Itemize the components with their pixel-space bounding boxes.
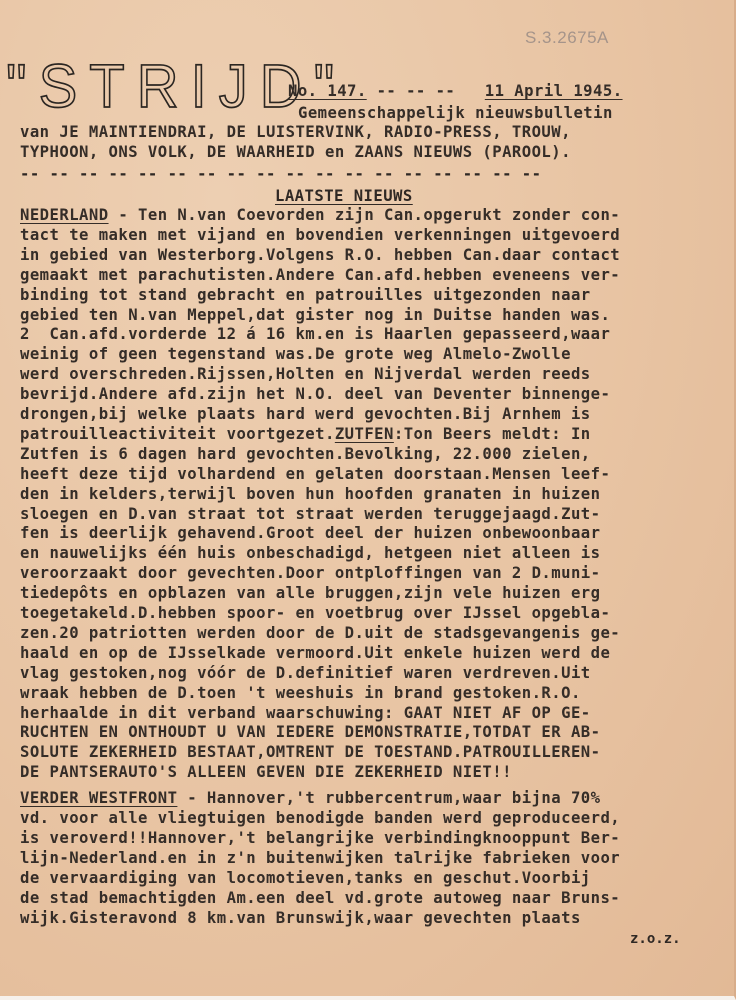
body-text: heeft deze tijd volhardend en gelaten do… — [20, 465, 610, 483]
body-text: zen.20 patriotten werden door de D.uit d… — [20, 624, 620, 642]
body-line: de stad bemachtigden Am.een deel vd.grot… — [20, 891, 620, 907]
body-line: sloegen en D.van straat tot straat werde… — [20, 507, 600, 523]
body-text: sloegen en D.van straat tot straat werde… — [20, 505, 600, 523]
turn-over-note: z.o.z. — [630, 931, 681, 947]
body-line: Zutfen is 6 dagen hard gevochten.Bevolki… — [20, 447, 591, 463]
issue-date: 11 April 1945. — [485, 82, 623, 100]
body-text: Zutfen is 6 dagen hard gevochten.Bevolki… — [20, 445, 591, 463]
body-line: herhaalde in dit verband waarschuwing: G… — [20, 706, 591, 722]
body-line: bevrijd.Andere afd.zijn het N.O. deel va… — [20, 387, 610, 403]
body-text: gemaakt met parachutisten.Andere Can.afd… — [20, 266, 620, 284]
body-line: de vervaardiging van locomotieven,tanks … — [20, 871, 591, 887]
body-text: den in kelders,terwijl boven hun hoofden… — [20, 485, 600, 503]
body-line: tiedepôts en opblazen van alle bruggen,z… — [20, 586, 600, 602]
body-text: fen is deerlijk gehavend.Groot deel der … — [20, 524, 600, 542]
body-line: en nauwelijks één huis onbeschadigd, het… — [20, 546, 600, 562]
body-text: patrouilleactiviteit voortgezet. — [20, 425, 335, 443]
issue-line: No. 147. -- -- -- 11 April 1945. — [288, 84, 623, 100]
body-text: is veroverd!!Hannover,'t belangrijke ver… — [20, 829, 620, 847]
body-text: DE PANTSERAUTO'S ALLEEN GEVEN DIE ZEKERH… — [20, 763, 512, 781]
body-text: herhaalde in dit verband waarschuwing: G… — [20, 704, 591, 722]
body-text: 2 Can.afd.vorderde 12 á 16 km.en is Haar… — [20, 325, 610, 343]
body-line: 2 Can.afd.vorderde 12 á 16 km.en is Haar… — [20, 327, 610, 343]
body-line: heeft deze tijd volhardend en gelaten do… — [20, 467, 610, 483]
body-text: in gebied van Westerborg.Volgens R.O. he… — [20, 246, 620, 264]
body-text: gebied ten N.van Meppel,dat gister nog i… — [20, 306, 610, 324]
body-text: bevrijd.Andere afd.zijn het N.O. deel va… — [20, 385, 610, 403]
body-text: - Ten N.van Coevorden zijn Can.opgerukt … — [109, 206, 621, 224]
body-line: den in kelders,terwijl boven hun hoofden… — [20, 487, 600, 503]
section-heading: NEDERLAND — [20, 206, 109, 224]
archive-mark: S.3.2675A — [525, 28, 609, 48]
body-text: de vervaardiging van locomotieven,tanks … — [20, 869, 591, 887]
body-line: gemaakt met parachutisten.Andere Can.afd… — [20, 268, 620, 284]
issue-number: No. 147. — [288, 82, 367, 100]
section-heading: ZUTFEN — [335, 425, 394, 443]
body-line: binding tot stand gebracht en patrouille… — [20, 288, 591, 304]
body-text: en nauwelijks één huis onbeschadigd, het… — [20, 544, 600, 562]
body-text: - Hannover,'t rubbercentrum,waar bijna 7… — [177, 789, 600, 807]
body-line: toegetakeld.D.hebben spoor- en voetbrug … — [20, 606, 610, 622]
body-text: tact te maken met vijand en bovendien ve… — [20, 226, 620, 244]
body-line: fen is deerlijk gehavend.Groot deel der … — [20, 526, 600, 542]
body-text: haald en op de IJsselkade vermoord.Uit e… — [20, 644, 610, 662]
body-line: vlag gestoken,nog vóór de D.definitief w… — [20, 666, 591, 682]
body-line: tact te maken met vijand en bovendien ve… — [20, 228, 620, 244]
body-text: wijk.Gisteravond 8 km.van Brunswijk,waar… — [20, 909, 581, 927]
body-line: lijn-Nederland.en in z'n buitenwijken ta… — [20, 851, 620, 867]
body-text: vd. voor alle vliegtuigen benodigde band… — [20, 809, 620, 827]
section-title: LAATSTE NIEUWS — [275, 187, 413, 205]
document-page: S.3.2675A "STRIJD" No. 147. -- -- -- 11 … — [0, 0, 736, 1000]
subtitle-line-2: van JE MAINTIENDRAI, DE LUISTERVINK, RAD… — [20, 125, 571, 141]
body-line: patrouilleactiviteit voortgezet.ZUTFEN:T… — [20, 427, 591, 443]
body-line: RUCHTEN EN ONTHOUDT U VAN IEDERE DEMONST… — [20, 725, 600, 741]
body-text: binding tot stand gebracht en patrouille… — [20, 286, 591, 304]
body-text: SOLUTE ZEKERHEID BESTAAT,OMTRENT DE TOES… — [20, 743, 600, 761]
body-line: VERDER WESTFRONT - Hannover,'t rubbercen… — [20, 791, 600, 807]
body-line: werd overschreden.Rijssen,Holten en Nijv… — [20, 367, 591, 383]
body-line: vd. voor alle vliegtuigen benodigde band… — [20, 811, 620, 827]
body-line: weinig of geen tegenstand was.De grote w… — [20, 347, 571, 363]
body-line: wijk.Gisteravond 8 km.van Brunswijk,waar… — [20, 911, 581, 927]
body-text: toegetakeld.D.hebben spoor- en voetbrug … — [20, 604, 610, 622]
body-line: DE PANTSERAUTO'S ALLEEN GEVEN DIE ZEKERH… — [20, 765, 512, 781]
subtitle-line-3: TYPHOON, ONS VOLK, DE WAARHEID en ZAANS … — [20, 145, 571, 161]
body-line: veroorzaakt door gevechten.Door ontploff… — [20, 566, 600, 582]
body-text: de stad bemachtigden Am.een deel vd.grot… — [20, 889, 620, 907]
body-line: haald en op de IJsselkade vermoord.Uit e… — [20, 646, 610, 662]
body-line: in gebied van Westerborg.Volgens R.O. he… — [20, 248, 620, 264]
body-text: vlag gestoken,nog vóór de D.definitief w… — [20, 664, 591, 682]
body-line: gebied ten N.van Meppel,dat gister nog i… — [20, 308, 610, 324]
body-line: drongen,bij welke plaats hard werd gevoc… — [20, 407, 591, 423]
issue-dashes: -- -- -- — [377, 82, 456, 100]
body-text: werd overschreden.Rijssen,Holten en Nijv… — [20, 365, 591, 383]
separator: -- -- -- -- -- -- -- -- -- -- -- -- -- -… — [20, 165, 541, 183]
body-text: wraak hebben de D.toen 't weeshuis in br… — [20, 684, 581, 702]
body-line: SOLUTE ZEKERHEID BESTAAT,OMTRENT DE TOES… — [20, 745, 600, 761]
body-text: tiedepôts en opblazen van alle bruggen,z… — [20, 584, 600, 602]
section-heading: VERDER WESTFRONT — [20, 789, 177, 807]
body-text: lijn-Nederland.en in z'n buitenwijken ta… — [20, 849, 620, 867]
body-text: veroorzaakt door gevechten.Door ontploff… — [20, 564, 600, 582]
body-line: wraak hebben de D.toen 't weeshuis in br… — [20, 686, 581, 702]
body-text: weinig of geen tegenstand was.De grote w… — [20, 345, 571, 363]
body-line: zen.20 patriotten werden door de D.uit d… — [20, 626, 620, 642]
body-text: drongen,bij welke plaats hard werd gevoc… — [20, 405, 591, 423]
body-text: RUCHTEN EN ONTHOUDT U VAN IEDERE DEMONST… — [20, 723, 600, 741]
body-line: is veroverd!!Hannover,'t belangrijke ver… — [20, 831, 620, 847]
body-line: NEDERLAND - Ten N.van Coevorden zijn Can… — [20, 208, 620, 224]
subtitle-line-1: Gemeenschappelijk nieuwsbulletin — [298, 106, 613, 122]
body-text: :Ton Beers meldt: In — [394, 425, 591, 443]
